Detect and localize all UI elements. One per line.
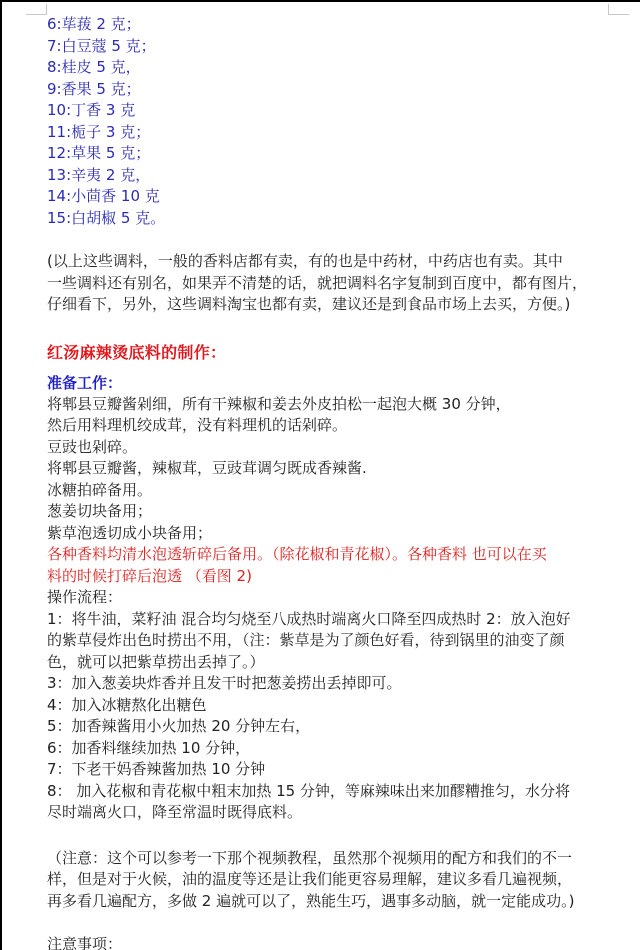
spice-item: 9:香果 5 克；: [47, 79, 622, 101]
page-margin-corner-mark-left: [26, 4, 47, 15]
prep-line: 豆豉也剁碎。: [47, 437, 622, 459]
notes-title: 注意事项：: [47, 934, 622, 950]
process-title: 操作流程：: [47, 587, 622, 609]
prep-line: 将郫县豆瓣酱，辣椒茸，豆豉茸调匀既成香辣酱.: [47, 458, 622, 480]
prep-line: 然后用料理机绞成茸，没有料理机的话剁碎。: [47, 415, 622, 437]
spice-item: 11:栀子 3 克；: [47, 122, 622, 144]
process-step: 5：加香辣酱用小火加热 20 分钟左右，: [47, 716, 622, 738]
prep-title: 准备工作：: [47, 372, 622, 394]
spice-item: 10:丁香 3 克: [47, 100, 622, 122]
process-step: 尽时端离火口，降至常温时既得底料。: [47, 802, 622, 824]
process-step: 1：将牛油，菜籽油 混合均匀烧至八成热时端离火口降至四成热时 2：放入泡好: [47, 609, 622, 631]
spice-note-line: 一些调料还有别名，如果弄不清楚的话，就把调料名字复制到百度中，都有图片，: [47, 273, 622, 295]
document-content: 6:荜菝 2 克； 7:白豆蔻 5 克； 8:桂皮 5 克， 9:香果 5 克；…: [47, 14, 622, 950]
video-note-paragraph: （注意：这个可以参考一下那个视频教程，虽然那个视频用的配方和我们的不一 样，但是…: [47, 848, 622, 913]
spice-item: 7:白豆蔻 5 克；: [47, 36, 622, 58]
spice-item: 12:草果 5 克；: [47, 143, 622, 165]
video-note-line: 再多看几遍配方，多做 2 遍就可以了，熟能生巧，遇事多动脑，就一定能成功。): [47, 891, 622, 913]
spice-list: 6:荜菝 2 克； 7:白豆蔻 5 克； 8:桂皮 5 克， 9:香果 5 克；…: [47, 14, 622, 229]
prep-line: 紫草泡透切成小块备用；: [47, 523, 622, 545]
video-note-line: 样，但是对于火候，油的温度等还是让我们能更容易理解，建议多看几遍视频，: [47, 869, 622, 891]
process-step: 8： 加入花椒和青花椒中粗末加热 15 分钟，等麻辣味出来加醪糟推匀，水分将: [47, 781, 622, 803]
process-step: 3：加入葱姜块炸香并且发干时把葱姜捞出丢掉即可。: [47, 673, 622, 695]
prep-section: 准备工作： 将郫县豆瓣酱剁细，所有干辣椒和姜去外皮拍松一起泡大概 30 分钟， …: [47, 372, 622, 588]
spice-note-line: 仔细看下，另外，这些调料淘宝也都有卖，建议还是到食品市场上去买，方便。): [47, 294, 622, 316]
spice-item: 13:辛夷 2 克，: [47, 165, 622, 187]
section-title: 红汤麻辣烫底料的制作：: [47, 342, 622, 364]
spice-item: 8:桂皮 5 克，: [47, 57, 622, 79]
spice-note-paragraph: (以上这些调料，一般的香料店都有卖，有的也是中药材，中药店也有卖。其中 一些调料…: [47, 251, 622, 316]
process-step: 色，就可以把紫草捞出丢掉了。）: [47, 652, 622, 674]
process-step: 7：下老干妈香辣酱加热 10 分钟: [47, 759, 622, 781]
process-step: 的紫草侵炸出色时捞出不用，（注：紫草是为了颜色好看，待到锅里的油变了颜: [47, 630, 622, 652]
spice-item: 15:白胡椒 5 克。: [47, 208, 622, 230]
prep-line: 葱姜切块备用；: [47, 501, 622, 523]
document-page: 6:荜菝 2 克； 7:白豆蔻 5 克； 8:桂皮 5 克， 9:香果 5 克；…: [0, 0, 640, 950]
process-section: 操作流程： 1：将牛油，菜籽油 混合均匀烧至八成热时端离火口降至四成热时 2：放…: [47, 587, 622, 824]
process-step: 6：加香料继续加热 10 分钟，: [47, 738, 622, 760]
prep-line: 将郫县豆瓣酱剁细，所有干辣椒和姜去外皮拍松一起泡大概 30 分钟，: [47, 394, 622, 416]
spice-item: 14:小茴香 10 克: [47, 186, 622, 208]
prep-red-note: 各种香料均清水泡透斩碎后备用。（除花椒和青花椒）。各种香料 也可以在买: [47, 544, 622, 566]
process-step: 4：加入冰糖熬化出糖色: [47, 695, 622, 717]
spice-note-line: (以上这些调料，一般的香料店都有卖，有的也是中药材，中药店也有卖。其中: [47, 251, 622, 273]
spice-item: 6:荜菝 2 克；: [47, 14, 622, 36]
prep-line: 冰糖拍碎备用。: [47, 480, 622, 502]
prep-red-note: 料的时候打碎后泡透 （看图 2): [47, 566, 622, 588]
video-note-line: （注意：这个可以参考一下那个视频教程，虽然那个视频用的配方和我们的不一: [47, 848, 622, 870]
